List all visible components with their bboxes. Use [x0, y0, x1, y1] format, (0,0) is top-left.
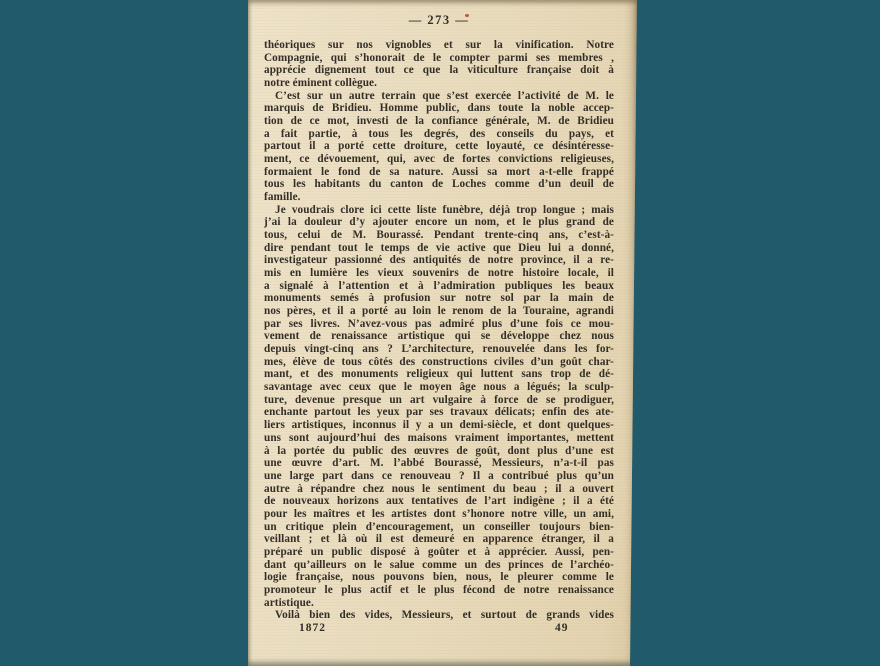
text-line: enchante partout les yeux par ses travau…	[264, 406, 614, 419]
text-line: a signalé à l’attention et à l’admiratio…	[264, 280, 614, 293]
text-line: tion de ce mot, investi de la confiance …	[264, 115, 614, 128]
text-line: logie française, nous pouvons bien, nous…	[264, 571, 614, 584]
text-line: mis en lumière les vieux souvenirs de no…	[264, 267, 614, 280]
text-line: formaient le fond de sa nature. Aussi sa…	[264, 166, 614, 179]
text-line: nos pères, et il a porté au loin le reno…	[264, 305, 614, 318]
text-line: savantage avec ceux que le moyen âge nou…	[264, 381, 614, 394]
page-number-header: — 273 —	[264, 13, 614, 28]
text-line: a fait partie, à tous les degrés, des co…	[264, 128, 614, 141]
text-line: promoteur le plus actif et le plus fécon…	[264, 584, 614, 597]
text-line: autre à répandre chez nous le sentiment …	[264, 483, 614, 496]
text-line: par ses livres. N’avez-vous pas admiré p…	[264, 318, 614, 331]
text-line: notre éminent collègue.	[264, 77, 614, 90]
text-line: Compagnie, qui s’honorait de le compter …	[264, 52, 614, 65]
footer-signature-number: 49	[555, 622, 569, 634]
text-line: apprécie dignement tout ce que la viticu…	[264, 64, 614, 77]
text-line: un critique plein d’encouragement, un co…	[264, 521, 614, 534]
book-page: — 273 — théoriques sur nos vignobles et …	[248, 0, 637, 666]
text-line: dire pendant tout le temps de vie active…	[264, 242, 614, 255]
text-line: Je voudrais clore ici cette liste funèbr…	[264, 204, 614, 217]
text-line: veillant ; et là où il est demeuré en ap…	[264, 533, 614, 546]
paragraph: théoriques sur nos vignobles et sur la v…	[264, 39, 614, 90]
foxing-spot	[465, 14, 469, 17]
text-line: une large part dans ce renouveau ? Il a …	[264, 470, 614, 483]
text-line: liers artistiques, inconnus il y a un de…	[264, 419, 614, 432]
text-line: depuis vingt-cinq ans ? L’architecture, …	[264, 343, 614, 356]
text-line: à la portée du public des œuvres de goût…	[264, 445, 614, 458]
page-footer: 1872 49	[264, 622, 614, 636]
text-line: Voilà bien des vides, Messieurs, et surt…	[264, 609, 614, 622]
page-text: théoriques sur nos vignobles et sur la v…	[264, 39, 614, 622]
text-line: vement de renaissance artistique qui se …	[264, 330, 614, 343]
text-line: de nouveaux horizons aux tentatives de l…	[264, 495, 614, 508]
text-line: mant, et des monuments religieux qui lut…	[264, 368, 614, 381]
text-line: artistique.	[264, 597, 614, 610]
text-line: investigateur passionné des antiquités d…	[264, 254, 614, 267]
text-line: préparé un public disposé à goûter et à …	[264, 546, 614, 559]
text-line: j’ai la douleur d’y ajouter encore un no…	[264, 216, 614, 229]
text-line: uns sont aujourd’hui des maisons vraimen…	[264, 432, 614, 445]
text-line: mes, élève de tous côtés des constructio…	[264, 356, 614, 369]
text-line: théoriques sur nos vignobles et sur la v…	[264, 39, 614, 52]
text-line: ture, devenue presque un art vulgaire à …	[264, 394, 614, 407]
text-line: dant qu’ailleurs on le salue comme un de…	[264, 559, 614, 572]
text-line: marquis de Bridieu. Homme public, dans t…	[264, 102, 614, 115]
paragraph: Voilà bien des vides, Messieurs, et surt…	[264, 609, 614, 622]
paragraph: Je voudrais clore ici cette liste funèbr…	[264, 204, 614, 610]
text-line: monuments semés à profusion sur notre so…	[264, 292, 614, 305]
footer-year: 1872	[299, 622, 326, 634]
text-line: une œuvre d’art. M. l’abbé Bourassé, Mes…	[264, 457, 614, 470]
text-line: pour les maîtres et les artistes dont s’…	[264, 508, 614, 521]
text-line: tous les habitants du canton de Loches c…	[264, 178, 614, 191]
text-line: ment, ce dévouement, qui, avec de fortes…	[264, 153, 614, 166]
text-line: partout il a porté cette droiture, cette…	[264, 140, 614, 153]
text-line: C’est sur un autre terrain que s’est exe…	[264, 90, 614, 103]
paragraph: C’est sur un autre terrain que s’est exe…	[264, 90, 614, 204]
text-line: famille.	[264, 191, 614, 204]
text-line: tous, celui de M. Bourassé. Pendant tren…	[264, 229, 614, 242]
